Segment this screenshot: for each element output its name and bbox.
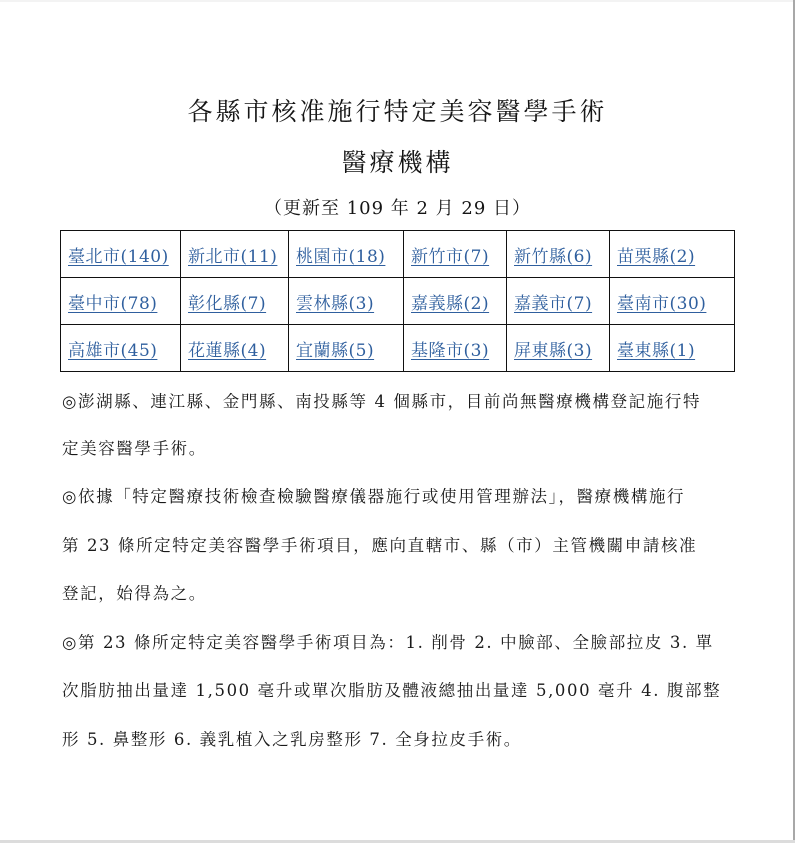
- note-2-line-3: 登記，始得為之。: [62, 584, 207, 604]
- county-link-yilan-county[interactable]: 宜蘭縣(5): [296, 341, 374, 361]
- county-table: 臺北市(140) 新北市(11) 桃園市(18) 新竹市(7) 新竹縣(6) 苗…: [60, 230, 735, 372]
- table-cell: 新北市(11): [181, 231, 289, 278]
- page-subtitle: 醫療機構: [0, 143, 795, 179]
- table-cell: 雲林縣(3): [289, 278, 404, 325]
- note-3-line-2: 次脂肪抽出量達 1,500 毫升或單次脂肪及體液總抽出量達 5,000 毫升 4…: [62, 681, 721, 701]
- note-1-line-1: ◎澎湖縣、連江縣、金門縣、南投縣等 4 個縣市，目前尚無醫療機構登記施行特: [62, 392, 701, 412]
- table-cell: 新竹市(7): [404, 231, 507, 278]
- county-link-new-taipei-city[interactable]: 新北市(11): [188, 247, 277, 267]
- table-cell: 花蓮縣(4): [181, 325, 289, 372]
- table-cell: 基隆市(3): [404, 325, 507, 372]
- table-cell: 嘉義市(7): [507, 278, 610, 325]
- table-cell: 彰化縣(7): [181, 278, 289, 325]
- table-cell: 苗栗縣(2): [610, 231, 735, 278]
- county-link-hualien-county[interactable]: 花蓮縣(4): [188, 341, 266, 361]
- county-link-hsinchu-county[interactable]: 新竹縣(6): [514, 247, 592, 267]
- county-link-taoyuan-city[interactable]: 桃園市(18): [296, 247, 385, 267]
- note-2-line-1: ◎依據「特定醫療技術檢查檢驗醫療儀器施行或使用管理辦法」，醫療機構施行: [62, 487, 685, 507]
- table-cell: 新竹縣(6): [507, 231, 610, 278]
- county-link-kaohsiung-city[interactable]: 高雄市(45): [68, 341, 157, 361]
- table-row: 高雄市(45) 花蓮縣(4) 宜蘭縣(5) 基隆市(3) 屏東縣(3) 臺東縣(…: [61, 325, 735, 372]
- table-cell: 臺中市(78): [61, 278, 181, 325]
- county-link-chiayi-city[interactable]: 嘉義市(7): [514, 294, 592, 314]
- table-row: 臺北市(140) 新北市(11) 桃園市(18) 新竹市(7) 新竹縣(6) 苗…: [61, 231, 735, 278]
- table-cell: 嘉義縣(2): [404, 278, 507, 325]
- note-3-line-3: 形 5. 鼻整形 6. 義乳植入之乳房整形 7. 全身拉皮手術。: [62, 730, 522, 750]
- update-date: （更新至 109 年 2 月 29 日）: [0, 194, 795, 220]
- table-row: 臺中市(78) 彰化縣(7) 雲林縣(3) 嘉義縣(2) 嘉義市(7) 臺南市(…: [61, 278, 735, 325]
- county-link-keelung-city[interactable]: 基隆市(3): [411, 341, 489, 361]
- note-1-line-2: 定美容醫學手術。: [62, 439, 207, 459]
- county-link-miaoli-county[interactable]: 苗栗縣(2): [617, 247, 695, 267]
- county-link-taitung-county[interactable]: 臺東縣(1): [617, 341, 695, 361]
- county-link-changhua-county[interactable]: 彰化縣(7): [188, 294, 266, 314]
- top-edge: [0, 0, 793, 2]
- table-cell: 宜蘭縣(5): [289, 325, 404, 372]
- table-cell: 臺南市(30): [610, 278, 735, 325]
- county-link-chiayi-county[interactable]: 嘉義縣(2): [411, 294, 489, 314]
- county-link-pingtung-county[interactable]: 屏東縣(3): [514, 341, 592, 361]
- county-link-tainan-city[interactable]: 臺南市(30): [617, 294, 706, 314]
- county-link-yunlin-county[interactable]: 雲林縣(3): [296, 294, 374, 314]
- page-title: 各縣市核准施行特定美容醫學手術: [0, 92, 795, 128]
- table-cell: 臺北市(140): [61, 231, 181, 278]
- document-page: 各縣市核准施行特定美容醫學手術 醫療機構 （更新至 109 年 2 月 29 日…: [0, 0, 793, 841]
- table-cell: 高雄市(45): [61, 325, 181, 372]
- county-link-taichung-city[interactable]: 臺中市(78): [68, 294, 157, 314]
- table-cell: 桃園市(18): [289, 231, 404, 278]
- county-link-hsinchu-city[interactable]: 新竹市(7): [411, 247, 489, 267]
- table-cell: 屏東縣(3): [507, 325, 610, 372]
- note-3-line-1: ◎第 23 條所定特定美容醫學手術項目為：1. 削骨 2. 中臉部、全臉部拉皮 …: [62, 633, 714, 653]
- county-link-taipei-city[interactable]: 臺北市(140): [68, 247, 169, 267]
- note-2-line-2: 第 23 條所定特定美容醫學手術項目，應向直轄市、縣（市）主管機關申請核准: [62, 536, 697, 556]
- table-cell: 臺東縣(1): [610, 325, 735, 372]
